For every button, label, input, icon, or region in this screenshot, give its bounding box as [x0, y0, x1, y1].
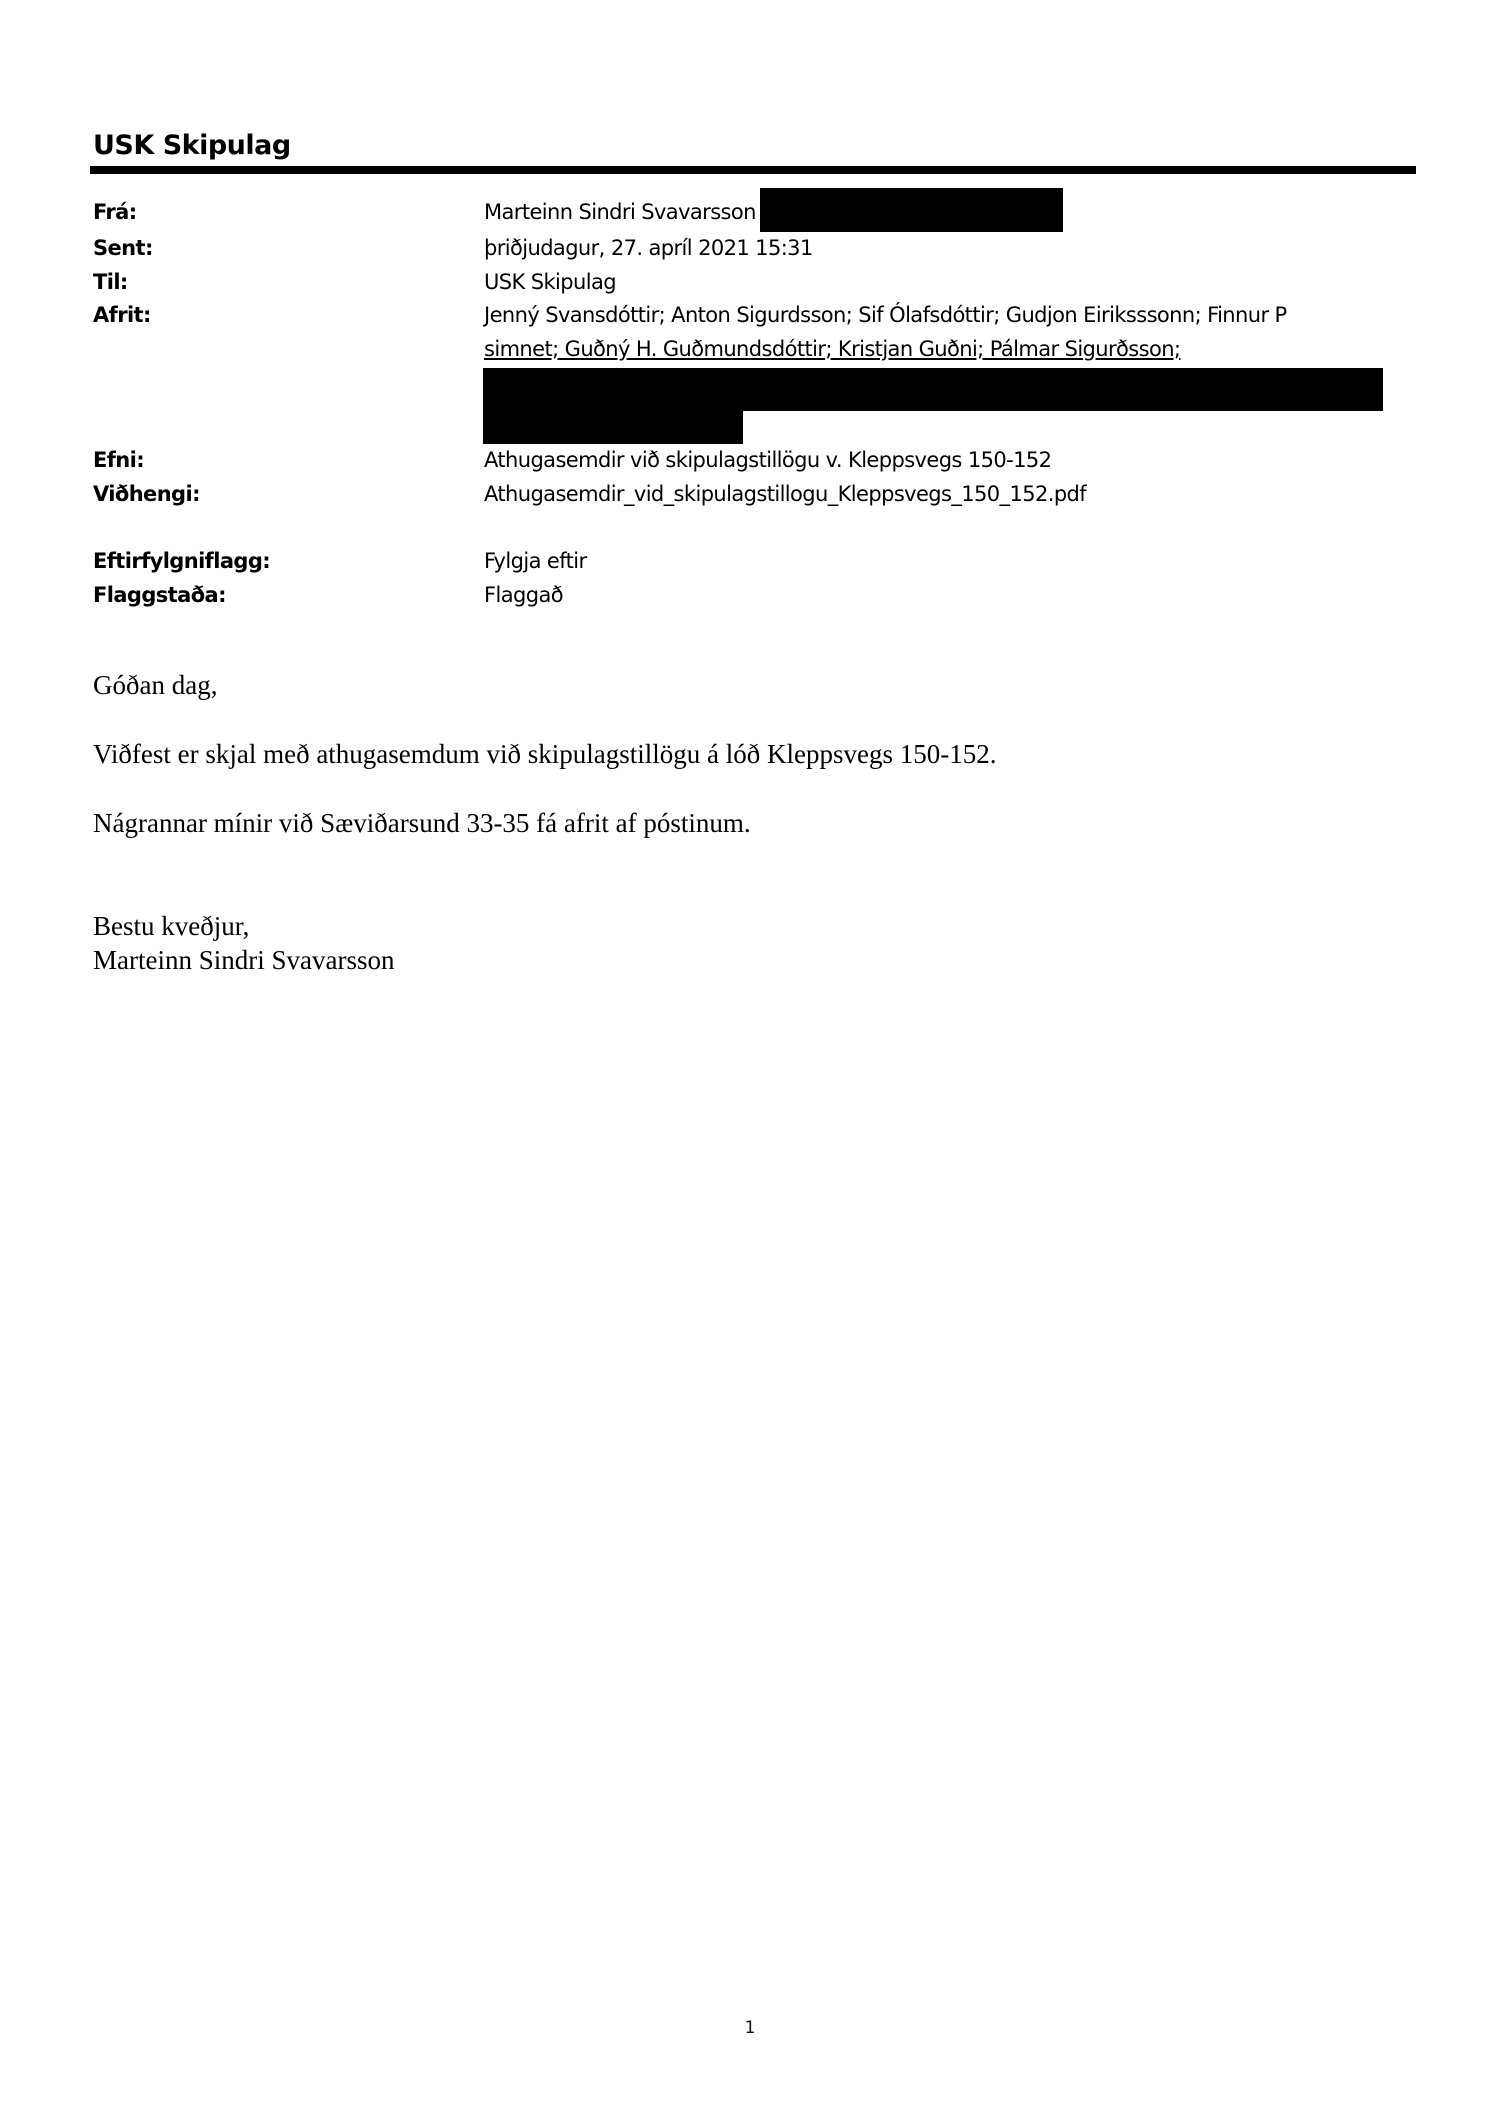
redaction-bar [483, 410, 743, 444]
follow-up-flag-label: Eftirfylgniflagg: [93, 545, 484, 579]
header-spacer [93, 511, 1423, 545]
header-row-sent: Sent: þriðjudagur, 27. apríl 2021 15:31 [93, 232, 1423, 266]
header-row-subject: Efni: Athugasemdir við skipulagstillögu … [93, 444, 1423, 478]
subject-label: Efni: [93, 444, 484, 478]
redaction-bar [483, 368, 1383, 411]
cc-label: Afrit: [93, 299, 484, 444]
sent-label: Sent: [93, 232, 484, 266]
to-label: Til: [93, 266, 484, 300]
cc-value: Jenný Svansdóttir; Anton Sigurdsson; Sif… [484, 299, 1423, 444]
cc-line: Jenný Svansdóttir; Anton Sigurdsson; Sif… [484, 299, 1423, 333]
body-paragraph: Viðfest er skjal með athugasemdum við sk… [93, 737, 1393, 771]
document-title: USK Skipulag [93, 128, 291, 164]
to-value: USK Skipulag [484, 266, 1423, 300]
closing: Bestu kveðjur, [93, 909, 1393, 943]
sent-value: þriðjudagur, 27. apríl 2021 15:31 [484, 232, 1423, 266]
attachment-value[interactable]: Athugasemdir_vid_skipulagstillogu_Klepps… [484, 478, 1423, 512]
email-header: Frá: Marteinn Sindri Svavarsson Sent: þr… [93, 196, 1423, 612]
header-row-flag-status: Flaggstaða: Flaggað [93, 579, 1423, 613]
redacted-cc-recipients [484, 366, 1423, 444]
email-body: Góðan dag, Viðfest er skjal með athugase… [93, 668, 1393, 977]
document-page: USK Skipulag Frá: Marteinn Sindri Svavar… [0, 0, 1500, 2122]
body-paragraph: Nágrannar mínir við Sæviðarsund 33-35 fá… [93, 806, 1393, 840]
from-name: Marteinn Sindri Svavarsson [484, 200, 756, 224]
attachment-label: Viðhengi: [93, 478, 484, 512]
signature: Marteinn Sindri Svavarsson [93, 943, 1393, 977]
from-value: Marteinn Sindri Svavarsson [484, 196, 1423, 232]
header-row-follow-up-flag: Eftirfylgniflagg: Fylgja eftir [93, 545, 1423, 579]
header-row-attachment: Viðhengi: Athugasemdir_vid_skipulagstill… [93, 478, 1423, 512]
from-label: Frá: [93, 196, 484, 232]
title-rule-divider [90, 166, 1416, 174]
greeting: Góðan dag, [93, 668, 1393, 702]
cc-line: simnet; Guðný H. Guðmundsdóttir; Kristja… [484, 333, 1423, 367]
redacted-email-address [760, 188, 1063, 232]
page-number: 1 [0, 2018, 1500, 2038]
header-row-from: Frá: Marteinn Sindri Svavarsson [93, 196, 1423, 232]
flag-status-value: Flaggað [484, 579, 1423, 613]
flag-status-label: Flaggstaða: [93, 579, 484, 613]
subject-value: Athugasemdir við skipulagstillögu v. Kle… [484, 444, 1423, 478]
header-row-cc: Afrit: Jenný Svansdóttir; Anton Sigurdss… [93, 299, 1423, 444]
header-row-to: Til: USK Skipulag [93, 266, 1423, 300]
follow-up-flag-value: Fylgja eftir [484, 545, 1423, 579]
